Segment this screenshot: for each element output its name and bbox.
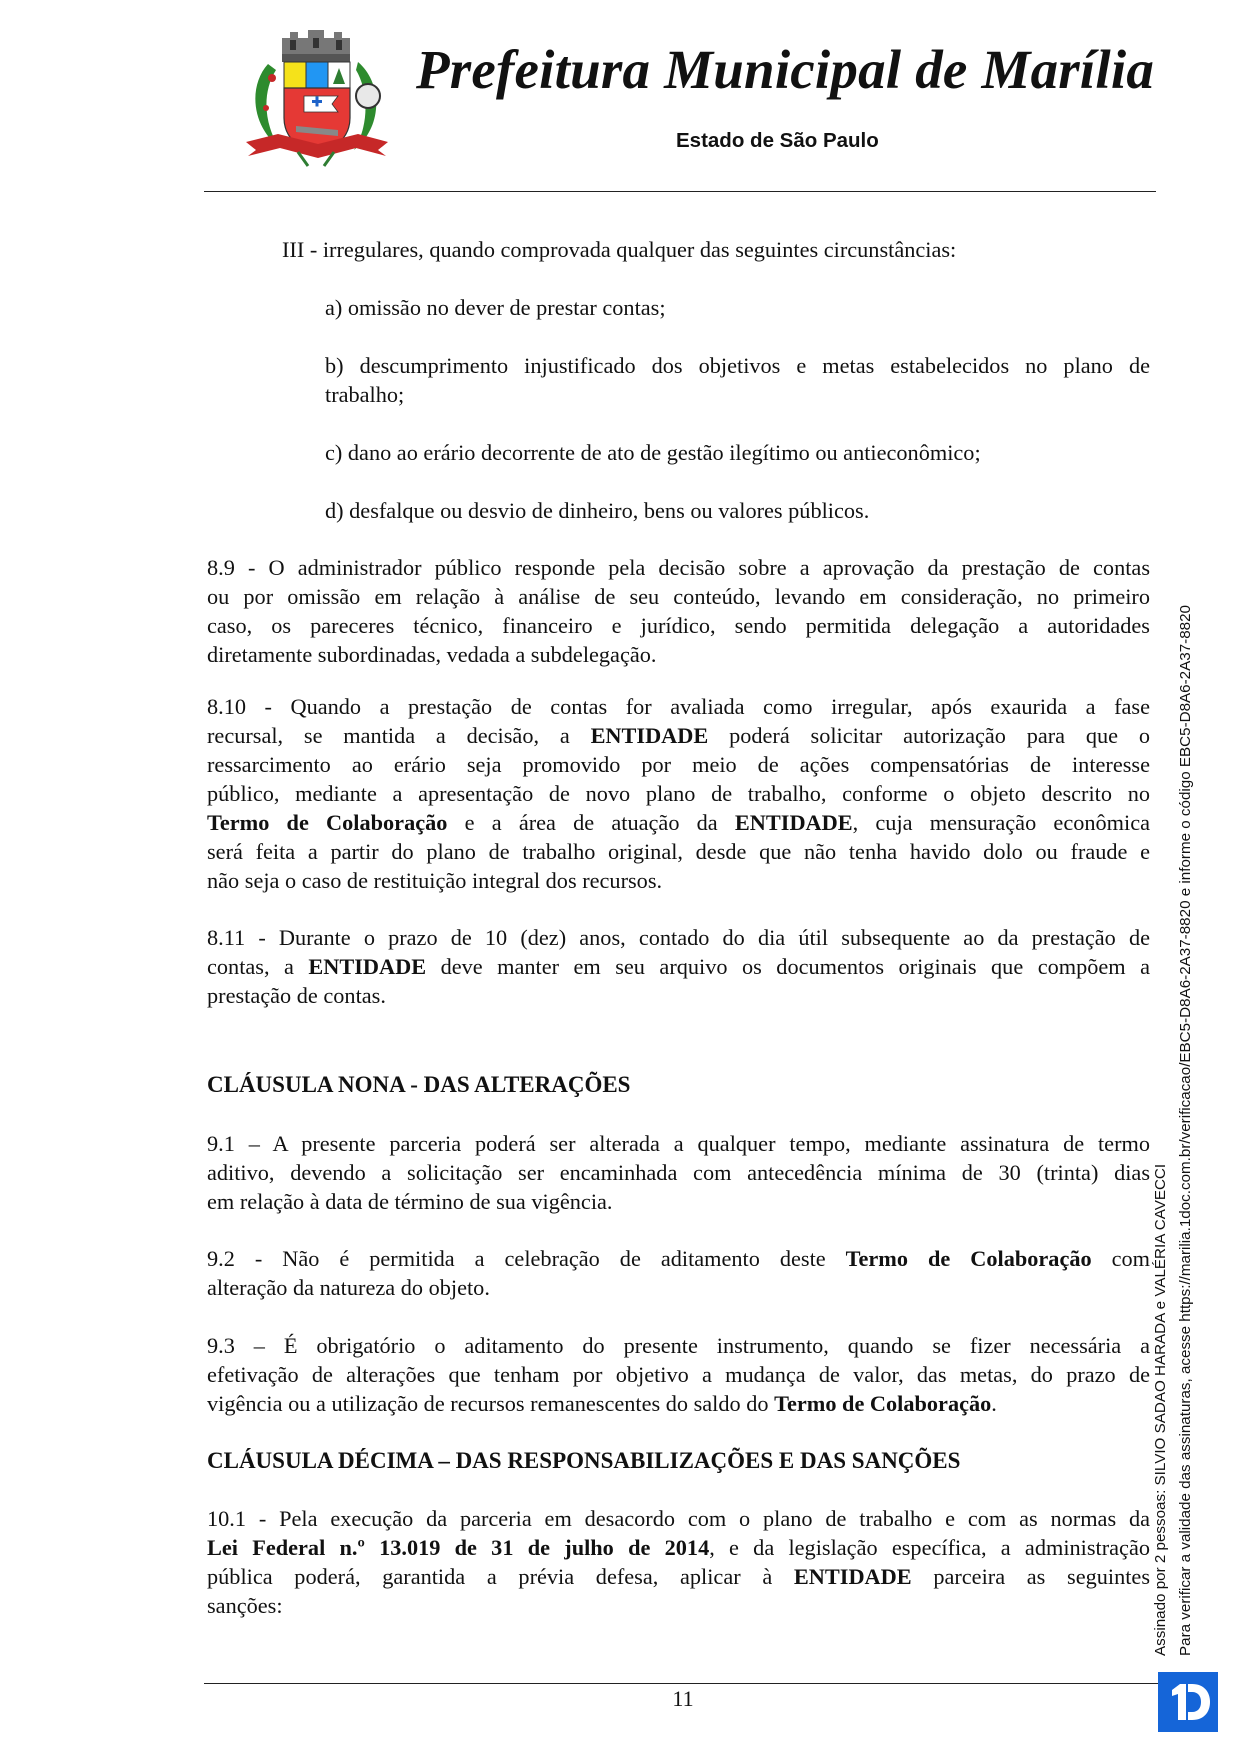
entity-term: ENTIDADE xyxy=(794,1564,912,1589)
entity-term: ENTIDADE xyxy=(591,723,709,748)
text-line: sanções: xyxy=(207,1591,1150,1620)
text-line: caso, os pareceres técnico, financeiro e… xyxy=(207,611,1150,640)
text-span: pública poderá, garantida a prévia defes… xyxy=(207,1564,772,1589)
text-line: alteração da natureza do objeto. xyxy=(207,1273,1150,1302)
text-line: ressarcimento ao erário seja promovido p… xyxy=(207,750,1150,779)
text-line: pública poderá, garantida a prévia defes… xyxy=(207,1562,1150,1591)
text-line: contas, a ENTIDADE deve manter em seu ar… xyxy=(207,952,1150,981)
item-b: b) descumprimento injustificado dos obje… xyxy=(325,351,1150,409)
entity-term: ENTIDADE xyxy=(735,810,853,835)
paragraph-10-1: 10.1 - Pela execução da parceria em desa… xyxy=(207,1504,1150,1620)
item-b-line: b) descumprimento injustificado dos obje… xyxy=(325,351,1150,380)
page-number: 11 xyxy=(663,1685,703,1713)
verification-notice[interactable]: Para verificar a validade das assinatura… xyxy=(1177,605,1195,1656)
text-line: 8.11 - Durante o prazo de 10 (dez) anos,… xyxy=(207,923,1150,952)
text-span: , e da legislação específica, a administ… xyxy=(709,1535,1150,1560)
item-c: c) dano ao erário decorrente de ato de g… xyxy=(325,438,981,467)
paragraph-9-3: 9.3 – É obrigatório o aditamento do pres… xyxy=(207,1331,1150,1418)
law-reference: Lei Federal n.º 13.019 de 31 de julho de… xyxy=(207,1535,709,1560)
paragraph-8-10: 8.10 - Quando a prestação de contas for … xyxy=(207,692,1150,895)
contract-term: Termo de Colaboração xyxy=(846,1246,1092,1271)
text-line: público, mediante a apresentação de novo… xyxy=(207,779,1150,808)
item-b-line: trabalho; xyxy=(325,380,1150,409)
text-line: 9.3 – É obrigatório o aditamento do pres… xyxy=(207,1331,1150,1360)
text-line: ou por omissão em relação à análise de s… xyxy=(207,582,1150,611)
text-line: 8.10 - Quando a prestação de contas for … xyxy=(207,692,1150,721)
1doc-logo-icon[interactable] xyxy=(1158,1672,1218,1732)
text-span: parceira as seguintes xyxy=(933,1564,1150,1589)
coat-of-arms-logo xyxy=(238,26,394,168)
contract-term: Termo de Colaboração xyxy=(207,810,447,835)
text-line: 10.1 - Pela execução da parceria em desa… xyxy=(207,1504,1150,1533)
header-divider xyxy=(204,191,1156,192)
text-span: com xyxy=(1112,1246,1150,1271)
text-span: e a área de atuação da xyxy=(465,810,718,835)
text-span: recursal, se mantida a decisão, a xyxy=(207,723,570,748)
paragraph-8-11: 8.11 - Durante o prazo de 10 (dez) anos,… xyxy=(207,923,1150,1010)
paragraph-8-9: 8.9 - O administrador público responde p… xyxy=(207,553,1150,669)
text-span: 9.2 - Não é permitida a celebração de ad… xyxy=(207,1246,826,1271)
item-d: d) desfalque ou desvio de dinheiro, bens… xyxy=(325,496,869,525)
text-line: prestação de contas. xyxy=(207,981,1150,1010)
contract-term: Termo de Colaboração xyxy=(774,1391,991,1416)
page-subtitle: Estado de São Paulo xyxy=(676,128,879,154)
text-line: Lei Federal n.º 13.019 de 31 de julho de… xyxy=(207,1533,1150,1562)
text-span: , cuja mensuração econômica xyxy=(853,810,1150,835)
paragraph-9-2: 9.2 - Não é permitida a celebração de ad… xyxy=(207,1244,1150,1302)
text-line: 8.9 - O administrador público responde p… xyxy=(207,553,1150,582)
text-line: será feita a partir do plano de trabalho… xyxy=(207,837,1150,866)
text-line: aditivo, devendo a solicitação ser encam… xyxy=(207,1158,1150,1187)
text-span: . xyxy=(991,1391,997,1416)
text-span: vigência ou a utilização de recursos rem… xyxy=(207,1391,769,1416)
entity-term: ENTIDADE xyxy=(308,954,426,979)
text-line: não seja o caso de restituição integral … xyxy=(207,866,1150,895)
text-span: contas, a xyxy=(207,954,294,979)
text-line: vigência ou a utilização de recursos rem… xyxy=(207,1389,1150,1418)
paragraph-9-1: 9.1 – A presente parceria poderá ser alt… xyxy=(207,1129,1150,1216)
page-title: Prefeitura Municipal de Marília xyxy=(416,36,1154,104)
text-line: 9.2 - Não é permitida a celebração de ad… xyxy=(207,1244,1150,1273)
footer-divider xyxy=(204,1683,1158,1684)
text-line: recursal, se mantida a decisão, a ENTIDA… xyxy=(207,721,1150,750)
signature-notice: Assinado por 2 pessoas: SILVIO SADAO HAR… xyxy=(1152,1164,1170,1656)
item-a: a) omissão no dever de prestar contas; xyxy=(325,293,666,322)
text-line: em relação à data de término de sua vigê… xyxy=(207,1187,1150,1216)
section-heading-clausula-decima: CLÁUSULA DÉCIMA – DAS RESPONSABILIZAÇÕES… xyxy=(207,1446,960,1475)
text-span: deve manter em seu arquivo os documentos… xyxy=(441,954,1150,979)
text-line: diretamente subordinadas, vedada a subde… xyxy=(207,640,1150,669)
text-line: efetivação de alterações que tenham por … xyxy=(207,1360,1150,1389)
text-line: 9.1 – A presente parceria poderá ser alt… xyxy=(207,1129,1150,1158)
section-heading-clausula-nona: CLÁUSULA NONA - DAS ALTERAÇÕES xyxy=(207,1070,630,1099)
item-iii: III - irregulares, quando comprovada qua… xyxy=(282,235,956,264)
text-span: poderá solicitar autorização para que o xyxy=(729,723,1150,748)
text-line: Termo de Colaboração e a área de atuação… xyxy=(207,808,1150,837)
